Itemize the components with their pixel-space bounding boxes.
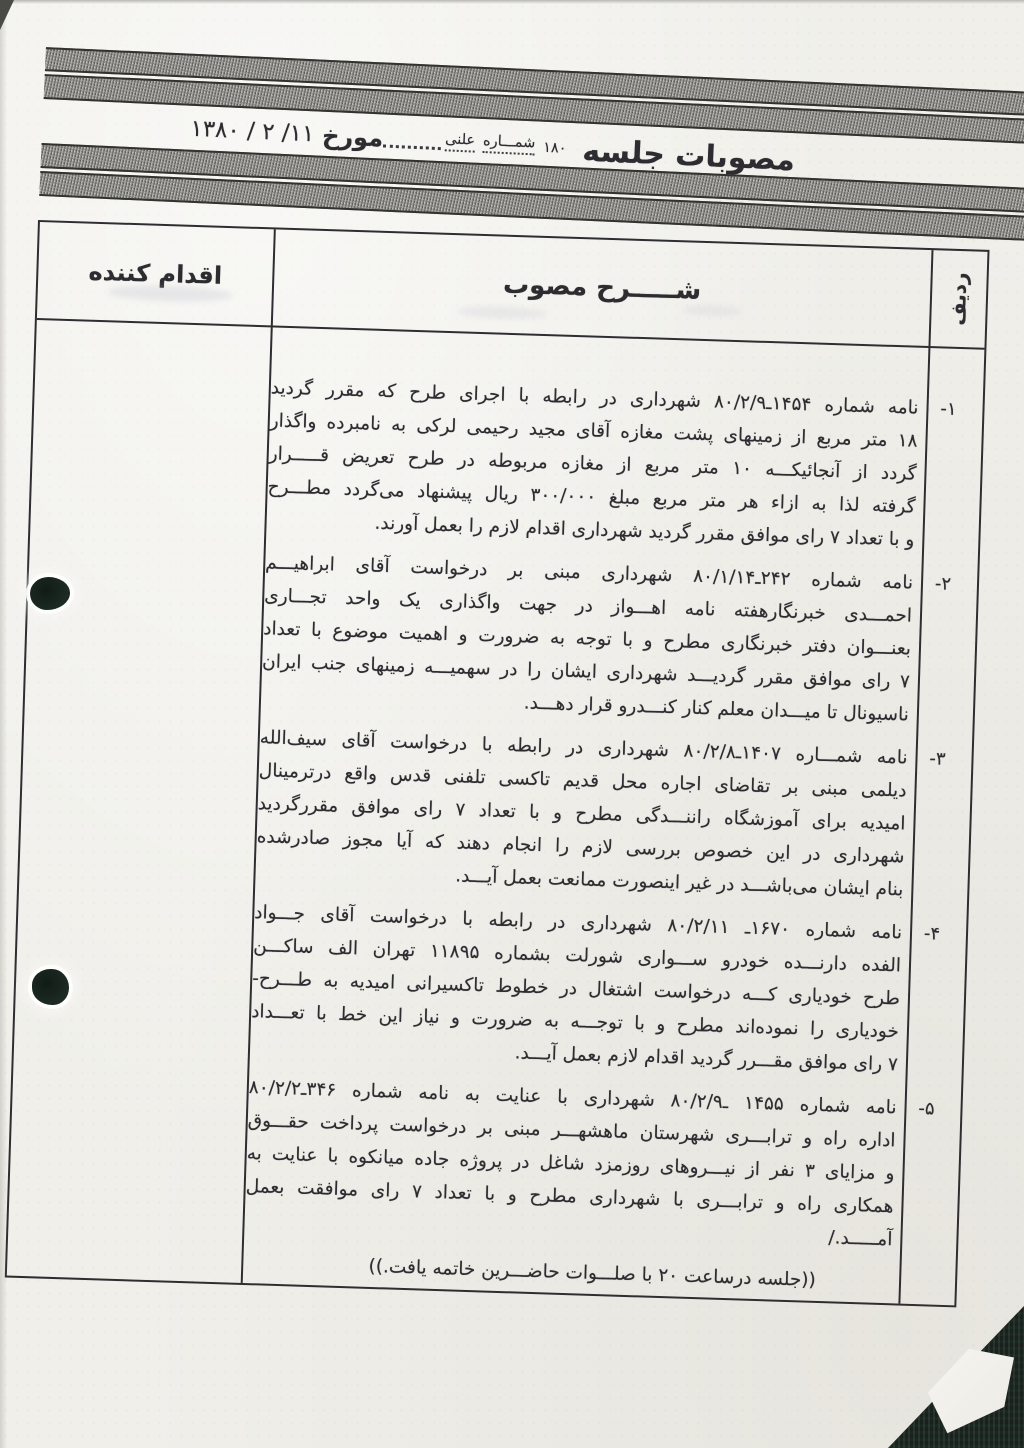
item-number: ۳- — [917, 742, 958, 776]
session-closing-line: ((جلسه درساعت ۲۰ با صلـــوات حاضـــرین خ… — [243, 1246, 892, 1299]
dated-label: مورخ — [322, 122, 384, 153]
description-column-header: شـــــرح مصوب — [273, 229, 932, 346]
row-number-header-label: ردیف — [946, 272, 972, 326]
dotted-fill-line — [383, 144, 441, 150]
resolution-item: ۱- نامه شماره ۱۴۵۴ـ۸۰/۲/۹ شهرداری در راب… — [266, 371, 919, 556]
executor-column-header: اقدام کننده — [37, 222, 274, 325]
item-number: ۵- — [906, 1092, 947, 1126]
resolution-items: ۱- نامه شماره ۱۴۵۴ـ۸۰/۲/۹ شهرداری در راب… — [243, 371, 919, 1299]
scan-corner-mark — [0, 0, 14, 30]
item-number: ۴- — [912, 917, 953, 951]
session-note-token: شمـــاره — [483, 133, 536, 155]
resolution-item: ۵- نامه شماره ۱۴۵۵ ـ۸۰/۲/۹ شهرداری با عن… — [244, 1071, 897, 1256]
scanned-document-page: ۱۱/ ۲ / ۱۳۸۰ مورخ علنی شمـــاره ۱۸۰ مصوب… — [0, 0, 1024, 1448]
item-lines: نامه شماره ۲۴۲ـ۸۰/۱/۱۴ شهرداری مبنی بر د… — [261, 546, 914, 731]
scan-edge-left — [0, 0, 7, 1448]
row-number-column-header: ردیف — [930, 250, 987, 348]
item-lines: نامه شماره ۱۴۵۵ ـ۸۰/۲/۹ شهرداری با عنایت… — [244, 1071, 897, 1256]
item-lines: نامه شماره ۱۴۵۴ـ۸۰/۲/۹ شهرداری در رابطه … — [266, 371, 919, 556]
scan-edge-top — [0, 0, 1024, 4]
resolution-item: ۴- نامه شماره ۱۶۷۰ـ ۸۰/۲/۱۱ شهرداری در ر… — [250, 896, 903, 1081]
resolution-item: ۲- نامه شماره ۲۴۲ـ۸۰/۱/۱۴ شهرداری مبنی ب… — [261, 546, 914, 731]
resolution-item: ۳- نامه شمـــاره ۱۴۰۷ـ۸۰/۲/۸ شهرداری در … — [255, 721, 908, 906]
item-number: ۲- — [923, 567, 964, 601]
document-header: ۱۱/ ۲ / ۱۳۸۰ مورخ علنی شمـــاره ۱۸۰ مصوب… — [37, 47, 1024, 244]
item-number: ۱- — [928, 392, 969, 426]
session-note-token: علنی — [445, 131, 476, 152]
resolutions-table: اقدام کننده شـــــرح مصوب ردیف ۱- نامه ش… — [5, 220, 990, 1307]
session-date: ۱۱/ ۲ / ۱۳۸۰ — [190, 116, 315, 148]
item-lines: نامه شماره ۱۶۷۰ـ ۸۰/۲/۱۱ شهرداری در رابط… — [250, 896, 903, 1081]
punch-hole — [32, 969, 69, 1005]
session-number: ۱۸۰ — [543, 140, 567, 157]
item-lines: نامه شمـــاره ۱۴۰۷ـ۸۰/۲/۸ شهرداری در راب… — [255, 721, 908, 906]
